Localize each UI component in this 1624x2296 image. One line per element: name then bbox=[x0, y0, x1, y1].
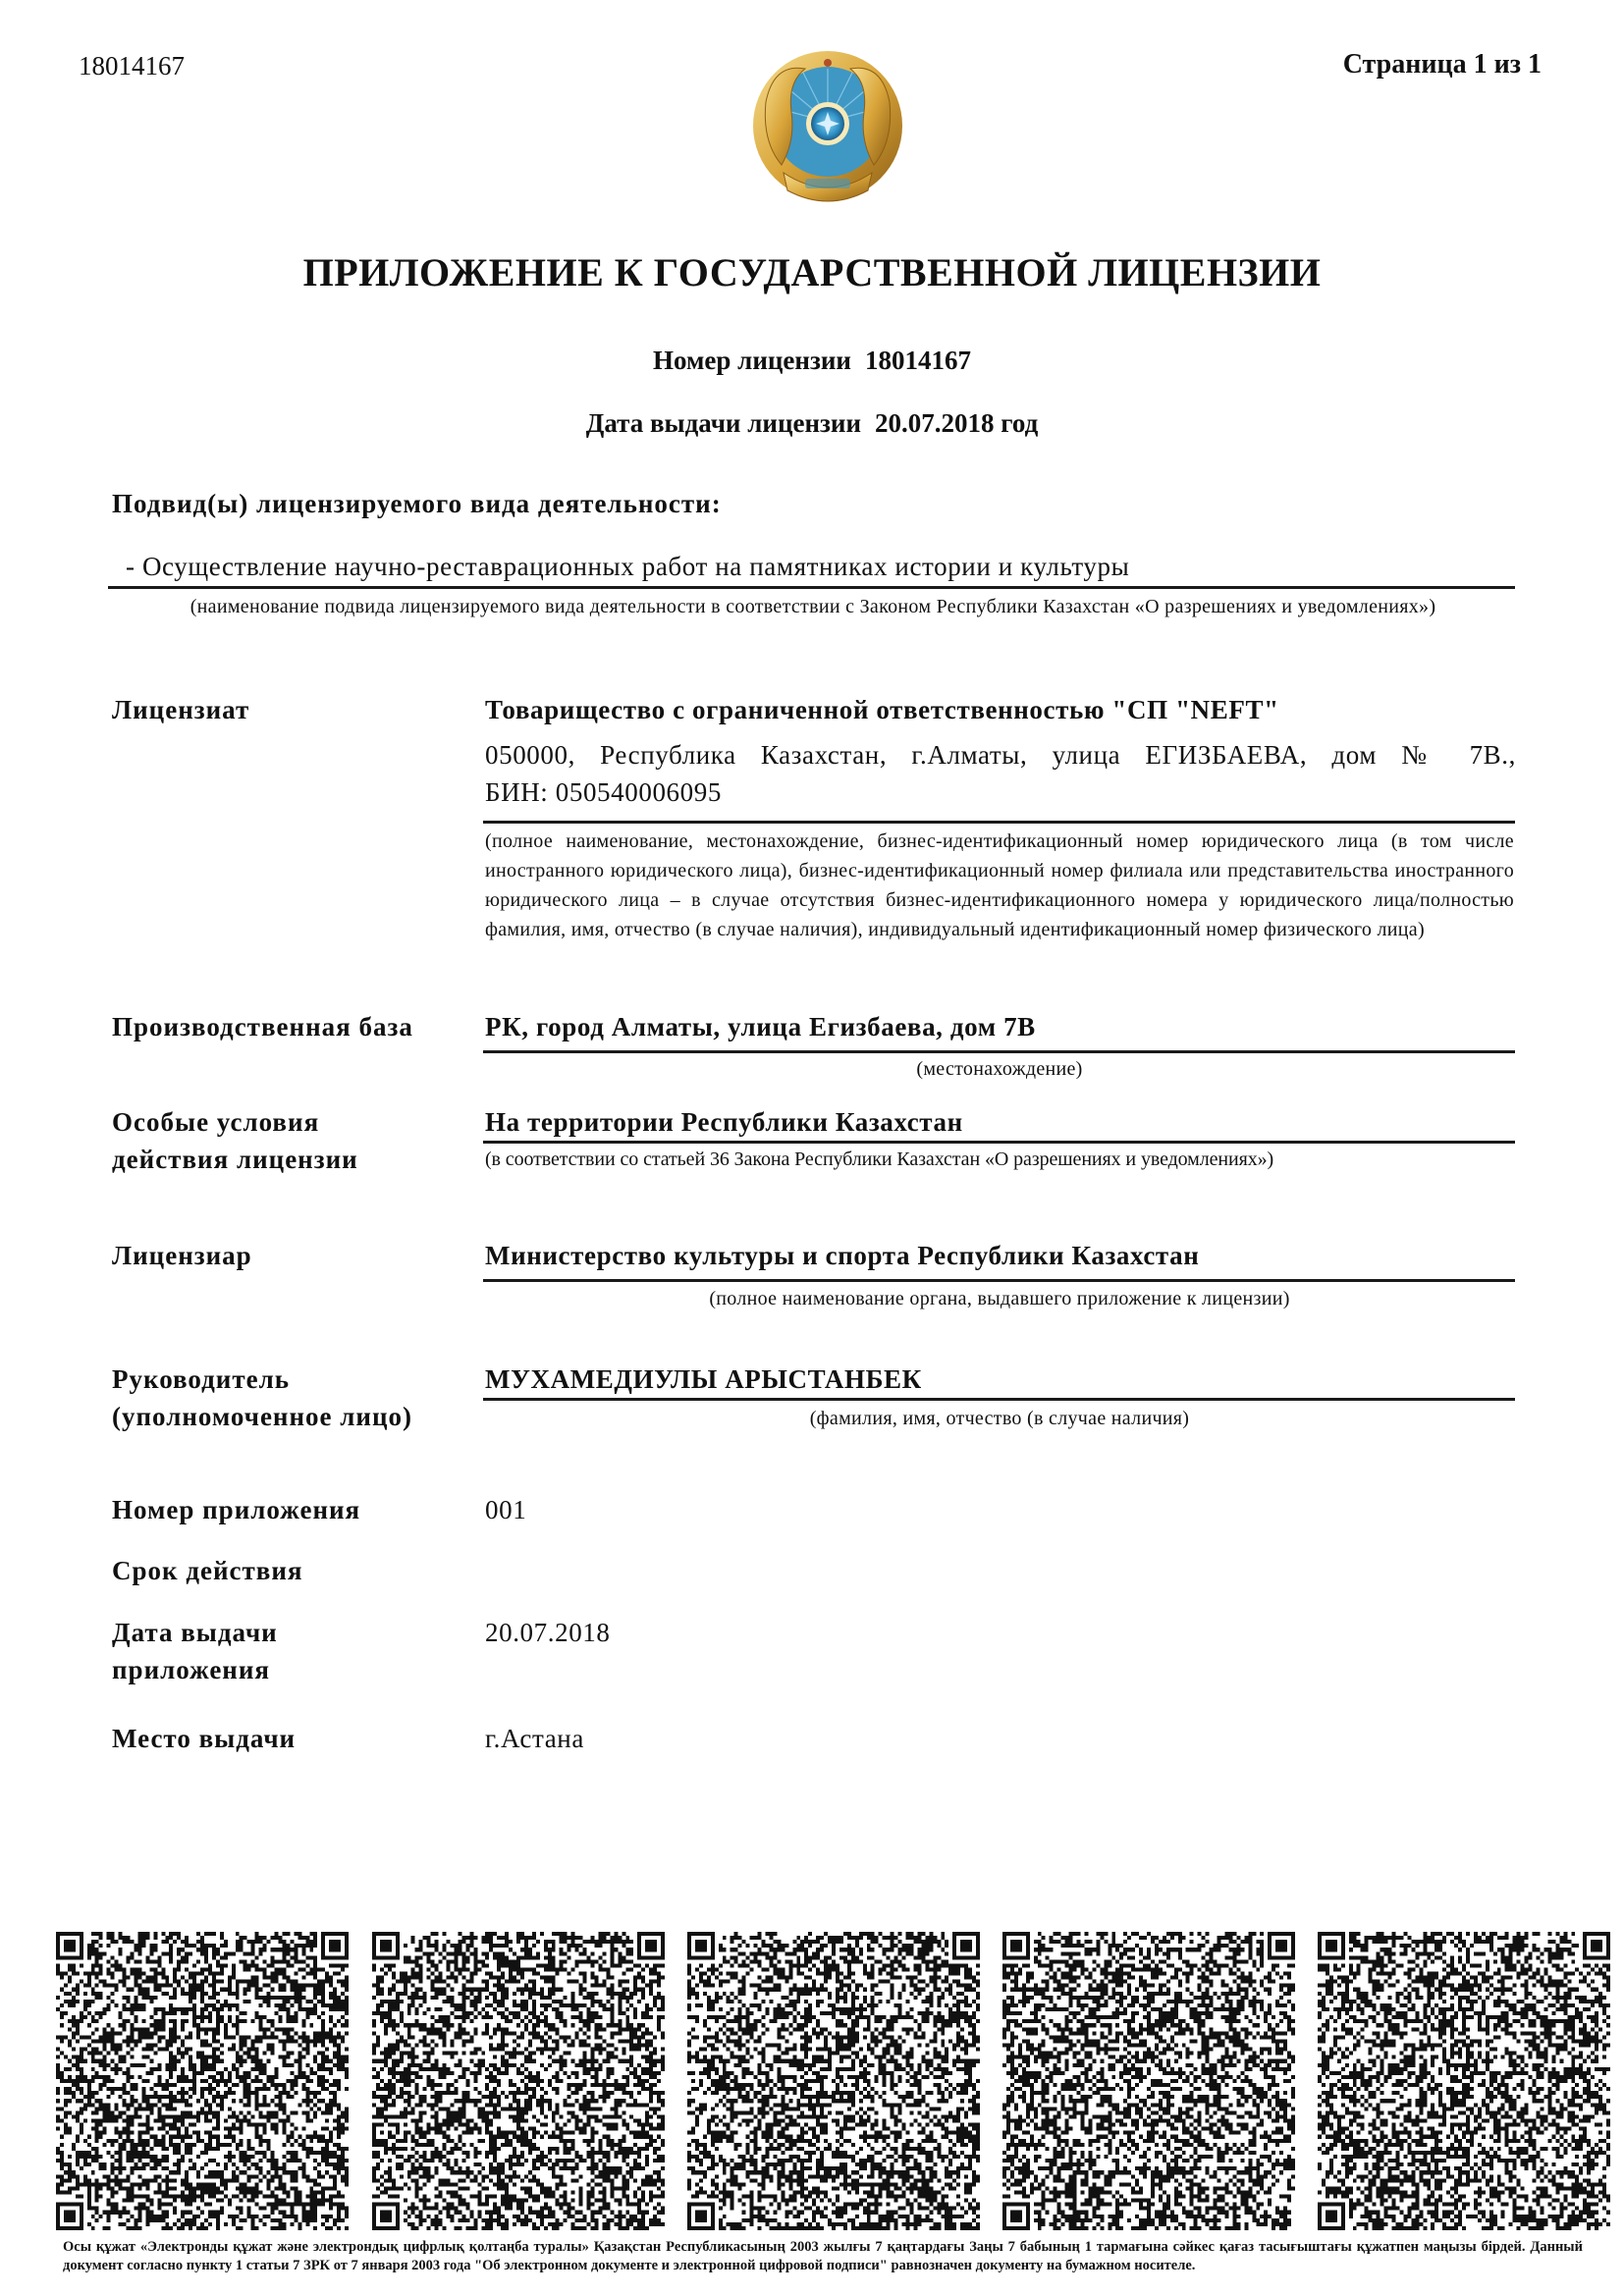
licensee-label: Лицензиат bbox=[112, 691, 249, 728]
special-conditions-note: (в соответствии со статьей 36 Закона Рес… bbox=[485, 1145, 1514, 1174]
head-label-1: Руководитель bbox=[112, 1361, 290, 1398]
subtype-underline bbox=[108, 586, 1515, 589]
head-label-2: (уполномоченное лицо) bbox=[112, 1398, 412, 1435]
licensor-value: Министерство культуры и спорта Республик… bbox=[485, 1237, 1199, 1274]
licensee-bin: БИН: 050540006095 bbox=[485, 774, 722, 811]
license-number-row: Номер лицензии18014167 bbox=[0, 346, 1624, 376]
page-indicator: Страница 1 из 1 bbox=[1343, 49, 1542, 80]
issue-date-label-1: Дата выдачи bbox=[112, 1614, 278, 1651]
special-conditions-underline bbox=[483, 1141, 1515, 1144]
subtype-bullet: - bbox=[126, 552, 135, 581]
production-base-label: Производственная база bbox=[112, 1008, 413, 1045]
place-value: г.Астана bbox=[485, 1720, 584, 1757]
appendix-number-label: Номер приложения bbox=[112, 1491, 360, 1528]
appendix-number-value: 001 bbox=[485, 1491, 526, 1528]
license-date-row: Дата выдачи лицензии20.07.2018 год bbox=[0, 408, 1624, 439]
document-number: 18014167 bbox=[79, 51, 185, 81]
licensee-name: Товарищество с ограниченной ответственно… bbox=[485, 691, 1279, 728]
page-title: ПРИЛОЖЕНИЕ К ГОСУДАРСТВЕННОЙ ЛИЦЕНЗИИ bbox=[0, 249, 1624, 295]
subtype-value: Осуществление научно-реставрационных раб… bbox=[142, 552, 1129, 581]
qr-code-3 bbox=[687, 1932, 980, 2230]
licensor-underline bbox=[483, 1279, 1515, 1282]
special-conditions-label-1: Особые условия bbox=[112, 1103, 319, 1141]
head-underline bbox=[483, 1398, 1515, 1401]
issue-date-label-2: приложения bbox=[112, 1651, 270, 1688]
production-base-note: (местонахождение) bbox=[485, 1054, 1514, 1084]
kazakhstan-state-emblem-icon bbox=[744, 43, 911, 214]
license-date-value: 20.07.2018 год bbox=[875, 408, 1038, 438]
qr-code-2 bbox=[372, 1932, 665, 2230]
license-number-label: Номер лицензии bbox=[653, 346, 851, 375]
issue-date-value: 20.07.2018 bbox=[485, 1614, 611, 1651]
production-base-underline bbox=[483, 1050, 1515, 1053]
subtype-item: - Осуществление научно-реставрационных р… bbox=[126, 548, 1129, 585]
head-value: МУХАМЕДИУЛЫ АРЫСТАНБЕК bbox=[485, 1361, 922, 1398]
special-conditions-value: На территории Республики Казахстан bbox=[485, 1103, 963, 1141]
licensee-address: 050000, Республика Казахстан, г.Алматы, … bbox=[485, 736, 1516, 774]
licensee-underline bbox=[483, 821, 1515, 824]
subtype-heading: Подвид(ы) лицензируемого вида деятельнос… bbox=[112, 485, 722, 522]
qr-code-1 bbox=[56, 1932, 349, 2230]
legal-footer: Осы құжат «Электронды құжат және электро… bbox=[63, 2238, 1583, 2275]
qr-code-5 bbox=[1318, 1932, 1610, 2230]
licensee-note: (полное наименование, местонахождение, б… bbox=[485, 827, 1514, 944]
licensor-note: (полное наименование органа, выдавшего п… bbox=[485, 1284, 1514, 1313]
licensor-label: Лицензиар bbox=[112, 1237, 252, 1274]
place-label: Место выдачи bbox=[112, 1720, 296, 1757]
license-date-label: Дата выдачи лицензии bbox=[586, 408, 861, 438]
head-note: (фамилия, имя, отчество (в случае наличи… bbox=[485, 1404, 1514, 1433]
validity-label: Срок действия bbox=[112, 1552, 303, 1589]
production-base-value: РК, город Алматы, улица Егизбаева, дом 7… bbox=[485, 1008, 1036, 1045]
license-number-value: 18014167 bbox=[865, 346, 971, 375]
qr-code-4 bbox=[1002, 1932, 1295, 2230]
special-conditions-label-2: действия лицензии bbox=[112, 1141, 358, 1178]
subtype-note: (наименование подвида лицензируемого вид… bbox=[110, 592, 1516, 621]
